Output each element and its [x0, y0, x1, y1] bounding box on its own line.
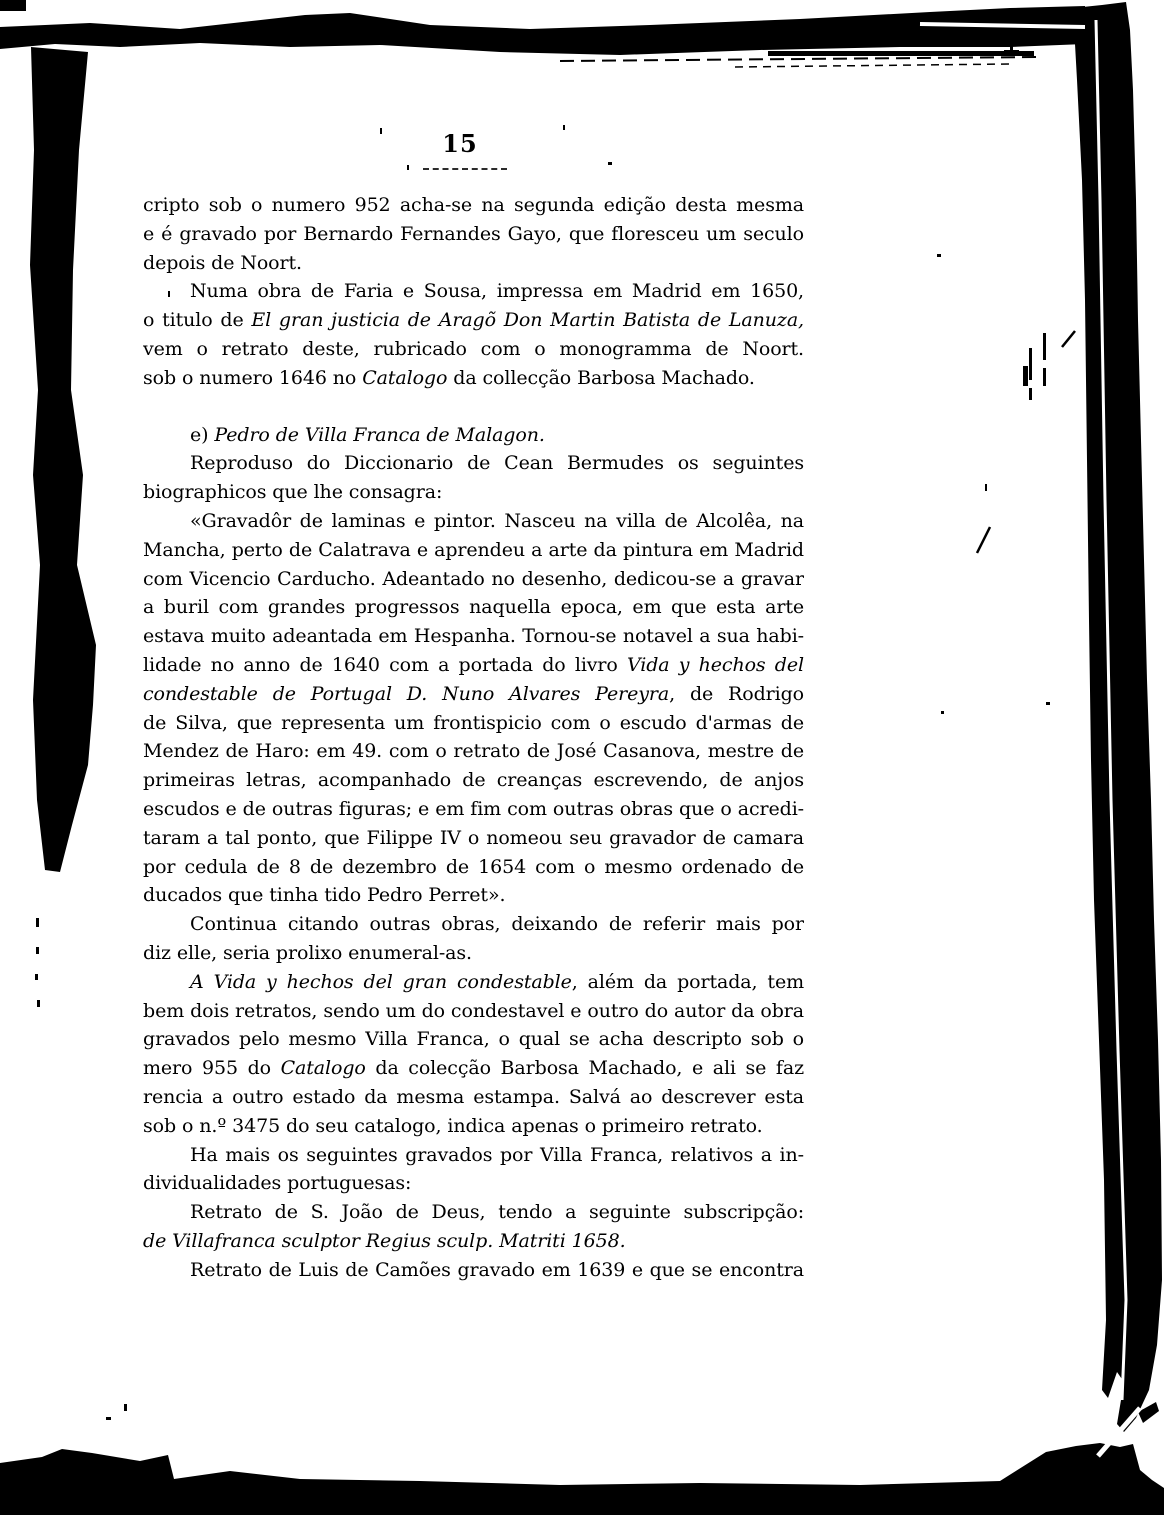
text-line: dividualidades portuguesas:: [143, 1169, 804, 1198]
scan-border-right: [1073, 2, 1162, 1432]
text-line: e) Pedro de Villa Franca de Malagon.: [143, 421, 804, 450]
text-line: gravados pelo mesmo Villa Franca, o qual…: [143, 1025, 804, 1054]
text-line: lidade no anno de 1640 com a portada do …: [143, 651, 804, 680]
text-line: e é gravado por Bernardo Fernandes Gayo,…: [143, 220, 804, 249]
text-line: com Vicencio Carducho. Adeantado no dese…: [143, 565, 804, 594]
text-line: o titulo de El gran justicia de Aragõ Do…: [143, 306, 804, 335]
text-line: taram a tal ponto, que Filippe IV o nome…: [143, 824, 804, 853]
scan-border-top: [0, 6, 1085, 55]
page-number: 15: [438, 129, 482, 158]
text-line: rencia a outro estado da mesma estampa. …: [143, 1083, 804, 1112]
text-line: Ha mais os seguintes gravados por Villa …: [143, 1141, 804, 1170]
text-line: de Silva, que representa um frontispicio…: [143, 709, 804, 738]
text-line: de Villafranca sculptor Regius sculp. Ma…: [143, 1227, 804, 1256]
text-line: sob o numero 1646 no Catalogo da collecç…: [143, 364, 804, 393]
scan-streak-bar: [768, 51, 1034, 56]
text-line: a buril com grandes progressos naquella …: [143, 593, 804, 622]
text-line: depois de Noort.: [143, 249, 804, 278]
page-number-rule: [423, 168, 507, 170]
text-line: estava muito adeantada em Hespanha. Torn…: [143, 622, 804, 651]
text-line: vem o retrato deste, rubricado com o mon…: [143, 335, 804, 364]
text-line: diz elle, seria prolixo enumeral-as.: [143, 939, 804, 968]
text-line: por cedula de 8 de dezembro de 1654 com …: [143, 853, 804, 882]
text-line: Numa obra de Faria e Sousa, impressa em …: [143, 277, 804, 306]
scan-border-top-left-chip: [0, 0, 26, 11]
text-line: A Vida y hechos del gran condestable, al…: [143, 968, 804, 997]
text-line: Mendez de Haro: em 49. com o retrato de …: [143, 737, 804, 766]
text-line: biographicos que lhe consagra:: [143, 478, 804, 507]
text-line: sob o n.º 3475 do seu catalogo, indica a…: [143, 1112, 804, 1141]
page-text: cripto sob o numero 952 acha-se na segun…: [143, 191, 804, 1284]
scan-border-bottom-right-wedge: [1138, 1402, 1159, 1423]
text-line: Retrato de S. João de Deus, tendo a segu…: [143, 1198, 804, 1227]
scan-border-bottom: [0, 1443, 1164, 1515]
text-line: mero 955 do Catalogo da colecção Barbosa…: [143, 1054, 804, 1083]
text-line: primeiras letras, acompanhado de creança…: [143, 766, 804, 795]
text-line: ducados que tinha tido Pedro Perret».: [143, 881, 804, 910]
text-line: escudos e de outras figuras; e em fim co…: [143, 795, 804, 824]
text-line: «Gravadôr de laminas e pintor. Nasceu na…: [143, 507, 804, 536]
text-line: Reproduso do Diccionario de Cean Bermude…: [143, 449, 804, 478]
text-line: Retrato de Luis de Camões gravado em 163…: [143, 1256, 804, 1285]
text-line: Continua citando outras obras, deixando …: [143, 910, 804, 939]
scan-border-left: [30, 47, 96, 872]
text-line: condestable de Portugal D. Nuno Alvares …: [143, 680, 804, 709]
text-line: cripto sob o numero 952 acha-se na segun…: [143, 191, 804, 220]
text-line: Mancha, perto de Calatrava e aprendeu a …: [143, 536, 804, 565]
scanned-page: 15 cripto sob o numero 952 acha-se na se…: [0, 0, 1164, 1515]
text-line: bem dois retratos, sendo um do condestav…: [143, 997, 804, 1026]
